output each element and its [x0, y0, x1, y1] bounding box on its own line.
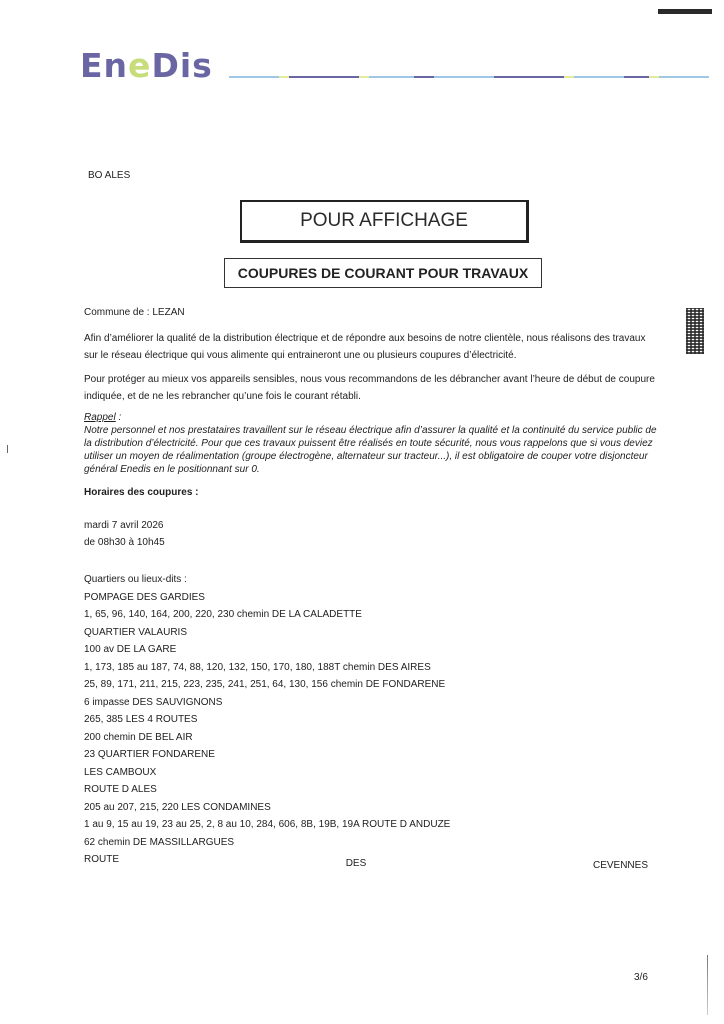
list-item: 23 QUARTIER FONDARENE [84, 746, 660, 764]
schedule: mardi 7 avril 2026 de 08h30 à 10h45 [84, 517, 660, 551]
commune: Commune de : LEZAN [84, 304, 660, 321]
logo-text: Dis [151, 46, 212, 85]
list-item: 205 au 207, 215, 220 LES CONDAMINES [84, 799, 660, 817]
schedule-date: mardi 7 avril 2026 [84, 517, 660, 534]
list-item: 1, 65, 96, 140, 164, 200, 220, 230 chemi… [84, 606, 660, 624]
word: ROUTE [84, 851, 119, 869]
header-rule [229, 76, 714, 79]
locations-list: Quartiers ou lieux-dits : POMPAGE DES GA… [84, 571, 660, 869]
rappel-label: Rappel [84, 412, 116, 423]
office-name: BO ALES [88, 170, 130, 181]
advice-paragraph: Pour protéger au mieux vos appareils sen… [84, 371, 660, 405]
datamatrix-code [686, 308, 704, 354]
notice-title-box: POUR AFFICHAGE [240, 200, 529, 243]
enedis-logo: EneDis [80, 48, 213, 84]
logo-text: En [80, 46, 128, 85]
rappel-section: Rappel : Notre personnel et nos prestata… [84, 411, 660, 476]
word: DES [346, 855, 367, 869]
list-item: ROUTE D ALES [84, 781, 660, 799]
page-number: 3/6 [634, 972, 648, 983]
list-item: 1, 173, 185 au 187, 74, 88, 120, 132, 15… [84, 659, 660, 677]
notice-subtitle-box: COUPURES DE COURANT POUR TRAVAUX [224, 258, 542, 288]
intro-paragraph: Afin d’améliorer la qualité de la distri… [84, 330, 660, 364]
list-item: 265, 385 LES 4 ROUTES [84, 711, 660, 729]
notice-title: POUR AFFICHAGE [300, 210, 468, 232]
scan-artifact-bar [658, 9, 712, 14]
list-item: POMPAGE DES GARDIES [84, 589, 660, 607]
list-item: LES CAMBOUX [84, 764, 660, 782]
logo-accent: e [128, 46, 151, 85]
list-item: 62 chemin DE MASSILLARGUES [84, 834, 660, 852]
list-item: 1 au 9, 15 au 19, 23 au 25, 2, 8 au 10, … [84, 816, 660, 834]
list-item-justified: ROUTE DES CEVENNES [84, 851, 648, 869]
word: CEVENNES [593, 857, 648, 869]
horaires-heading: Horaires des coupures : [84, 484, 660, 501]
notice-subtitle: COUPURES DE COURANT POUR TRAVAUX [238, 265, 528, 281]
scan-mark [7, 445, 8, 453]
list-item: 200 chemin DE BEL AIR [84, 729, 660, 747]
scan-edge [707, 955, 708, 1015]
list-item: 100 av DE LA GARE [84, 641, 660, 659]
list-item: 25, 89, 171, 211, 215, 223, 235, 241, 25… [84, 676, 660, 694]
list-item: 6 impasse DES SAUVIGNONS [84, 694, 660, 712]
list-item: QUARTIER VALAURIS [84, 624, 660, 642]
locations-heading: Quartiers ou lieux-dits : [84, 571, 660, 589]
schedule-time: de 08h30 à 10h45 [84, 534, 660, 551]
rappel-text: Notre personnel et nos prestataires trav… [84, 424, 660, 476]
